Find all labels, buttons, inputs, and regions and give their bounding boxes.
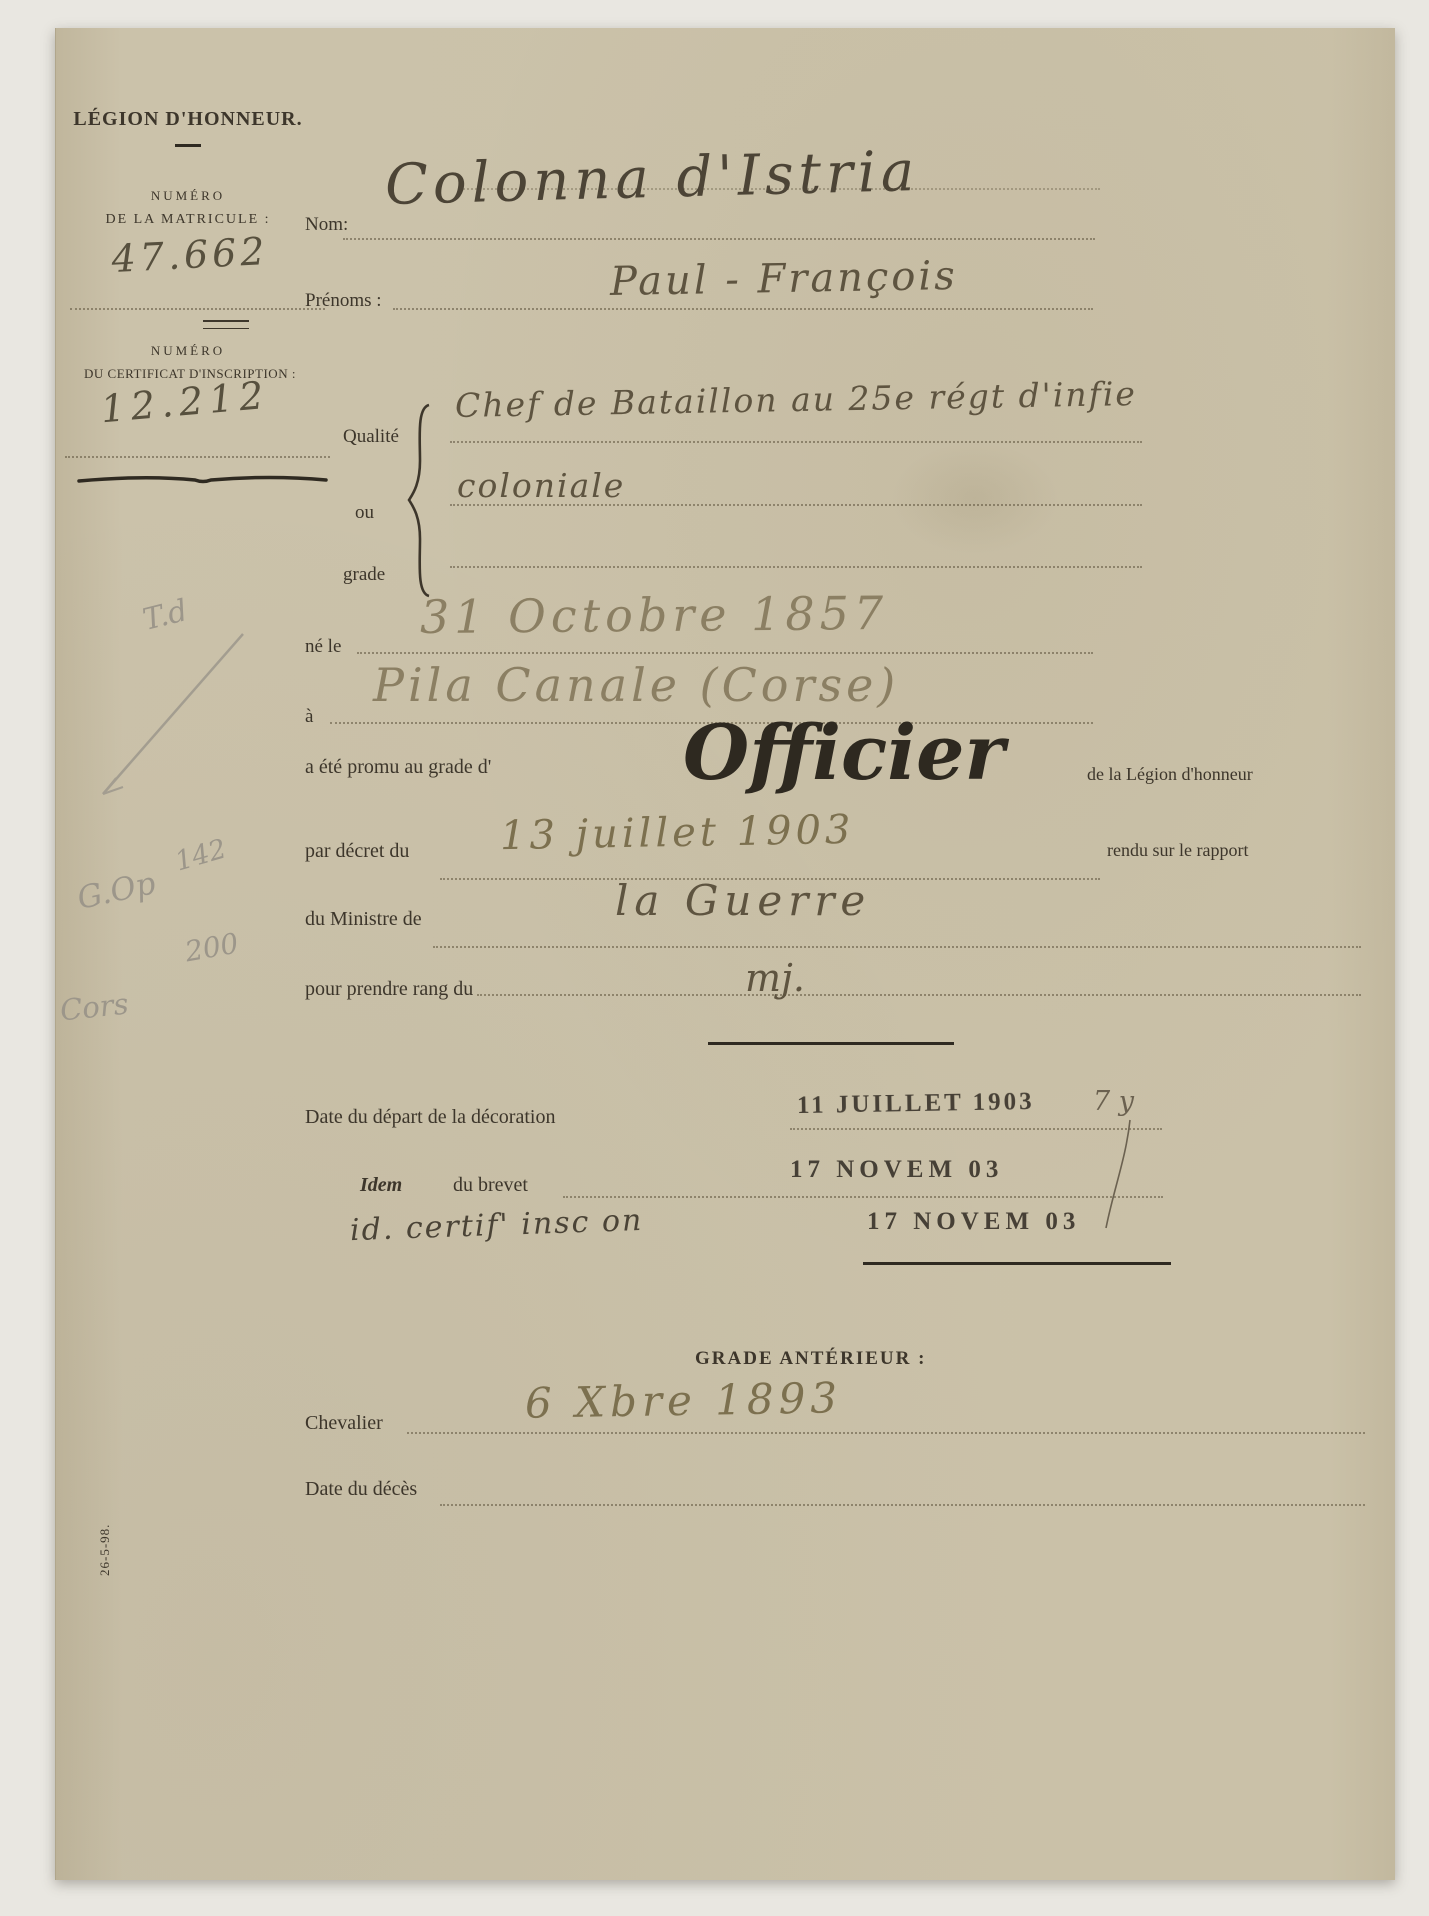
title-underline <box>175 144 201 147</box>
brevet-label: du brevet <box>453 1174 528 1197</box>
pencil-note-7y: 7 y <box>1093 1086 1134 1117</box>
chevalier-ruled-line <box>407 1432 1365 1434</box>
grade-anterieur-title: GRADE ANTÉRIEUR : <box>695 1348 926 1370</box>
brevet-date-stamp: 17 NOVEM 03 <box>790 1156 1003 1184</box>
section-divider-rule <box>708 1042 954 1045</box>
prenoms-ruled-line <box>393 308 1093 310</box>
ne-le-ruled-line <box>357 652 1093 654</box>
certificat-ruled-line <box>65 456 330 458</box>
rang-ruled-line <box>477 994 1361 996</box>
rang-label: pour prendre rang du <box>305 978 473 1001</box>
idem-label: Idem <box>360 1174 402 1197</box>
deces-label: Date du décès <box>305 1478 417 1501</box>
qualite-value-line2: coloniale <box>457 466 625 505</box>
qualite-ruled-line2 <box>450 504 1142 506</box>
promotion-grade: Officier <box>683 708 1004 797</box>
pencil-slash-arrow <box>85 626 250 811</box>
printer-imprint: 26-5-98. <box>97 1506 113 1576</box>
document-title: LÉGION D'HONNEUR. <box>73 108 303 131</box>
pencil-note-200: 200 <box>183 927 241 969</box>
ou-label: ou <box>355 502 374 524</box>
certif-underline-rule <box>863 1262 1171 1265</box>
ministre-ruled-line <box>433 946 1361 948</box>
rapport-label: rendu sur le rapport <box>1107 840 1248 861</box>
lieu-label: à <box>305 706 313 728</box>
deces-ruled-line <box>440 1504 1365 1506</box>
matricule-ruled-line <box>70 308 325 310</box>
pencil-note-gop: G.Op <box>74 865 159 917</box>
pencil-note-7y-tail <box>1100 1118 1134 1233</box>
nom-label: Nom: <box>305 214 348 236</box>
flourish-line <box>75 472 330 488</box>
pencil-note-cors: Cors <box>58 987 130 1028</box>
chevalier-value: 6 Xbre 1893 <box>525 1373 843 1428</box>
prenoms-label: Prénoms : <box>305 290 382 312</box>
certif-date-stamp: 17 NOVEM 03 <box>867 1208 1080 1236</box>
matricule-heading-line1: NUMÉRO <box>73 188 303 204</box>
ne-le-value: 31 Octobre 1857 <box>420 586 889 644</box>
qualite-label: Qualité <box>343 426 399 448</box>
ministre-label: du Ministre de <box>305 908 422 931</box>
decret-value: 13 juillet 1903 <box>500 807 855 859</box>
legion-label: de la Légion d'honneur <box>1087 764 1253 785</box>
qualite-brace <box>407 403 433 598</box>
grade-label: grade <box>343 564 385 586</box>
matricule-double-underline <box>203 320 249 329</box>
certificat-heading-line1: NUMÉRO <box>73 343 303 359</box>
prenoms-value: Paul - François <box>610 253 959 305</box>
qualite-ruled-line1 <box>450 441 1142 443</box>
depart-date-stamp: 11 JUILLET 1903 <box>797 1088 1035 1120</box>
ne-le-label: né le <box>305 636 341 658</box>
certif-insc-note: id. certif' insc on <box>349 1203 643 1248</box>
matricule-number: 47.662 <box>84 228 296 283</box>
depart-label: Date du départ de la décoration <box>305 1106 555 1129</box>
ministre-value: la Guerre <box>615 876 871 925</box>
qualite-ruled-line3 <box>450 566 1142 568</box>
lieu-value: Pila Canale (Corse) <box>373 658 899 712</box>
matricule-heading-line2: DE LA MATRICULE : <box>73 212 303 228</box>
decret-label: par décret du <box>305 840 409 863</box>
nom-ruled-line <box>343 238 1095 240</box>
document-paper: LÉGION D'HONNEUR. NUMÉRO DE LA MATRICULE… <box>55 28 1395 1880</box>
pencil-note-142: 142 <box>172 833 230 877</box>
brevet-ruled-line <box>563 1196 1163 1198</box>
chevalier-label: Chevalier <box>305 1412 383 1435</box>
promu-label: a été promu au grade d' <box>305 756 491 779</box>
nom-value: Colonna d'Istria <box>384 139 920 218</box>
